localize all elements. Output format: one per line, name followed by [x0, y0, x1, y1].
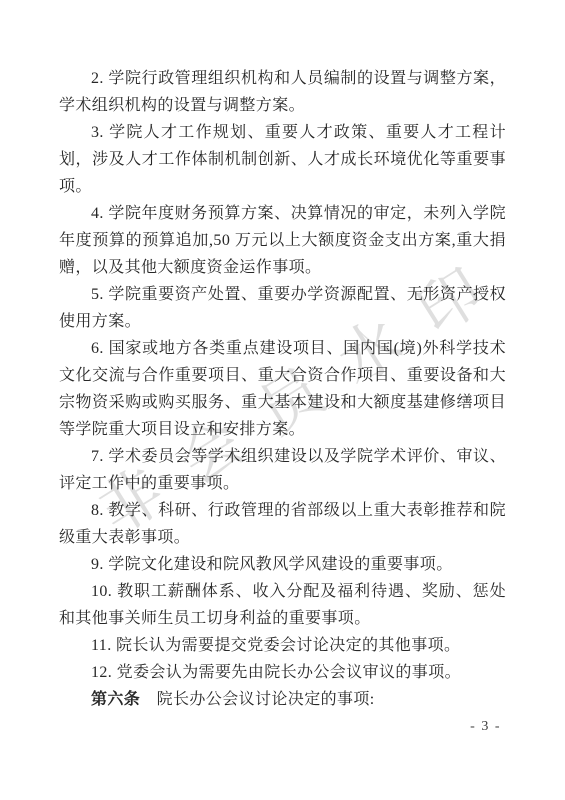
paragraph: 2. 学院行政管理组织机构和人员编制的设置与调整方案，学术组织机构的设置与调整方…	[59, 65, 506, 119]
paragraph: 3. 学院人才工作规划、重要人才政策、重要人才工程计划，涉及人才工作体制机制创新…	[59, 119, 506, 200]
document-body: 2. 学院行政管理组织机构和人员编制的设置与调整方案，学术组织机构的设置与调整方…	[59, 65, 506, 713]
paragraph: 11. 院长认为需要提交党委会讨论决定的其他事项。	[59, 632, 506, 659]
paragraph: 8. 教学、科研、行政管理的省部级以上重大表彰推荐和院级重大表彰事项。	[59, 497, 506, 551]
paragraph: 5. 学院重要资产处置、重要办学资源配置、无形资产授权使用方案。	[59, 281, 506, 335]
paragraph: 第六条 院长办公会议讨论决定的事项:	[59, 686, 506, 713]
page-number: - 3 -	[470, 719, 501, 735]
paragraph: 12. 党委会认为需要先由院长办公会议审议的事项。	[59, 659, 506, 686]
article-number: 第六条	[91, 691, 140, 708]
paragraph: 7. 学术委员会等学术组织建设以及学院学术评价、审议、评定工作中的重要事项。	[59, 443, 506, 497]
paragraph: 6. 国家或地方各类重点建设项目、国内国(境)外科学技术文化交流与合作重要项目、…	[59, 335, 506, 443]
paragraph: 9. 学院文化建设和院风教风学风建设的重要事项。	[59, 551, 506, 578]
document-page: 非会员水印 2. 学院行政管理组织机构和人员编制的设置与调整方案，学术组织机构的…	[0, 0, 565, 800]
paragraph: 4. 学院年度财务预算方案、决算情况的审定，未列入学院年度预算的预算追加,50 …	[59, 200, 506, 281]
paragraph: 10. 教职工薪酬体系、收入分配及福利待遇、奖励、惩处和其他事关师生员工切身利益…	[59, 578, 506, 632]
